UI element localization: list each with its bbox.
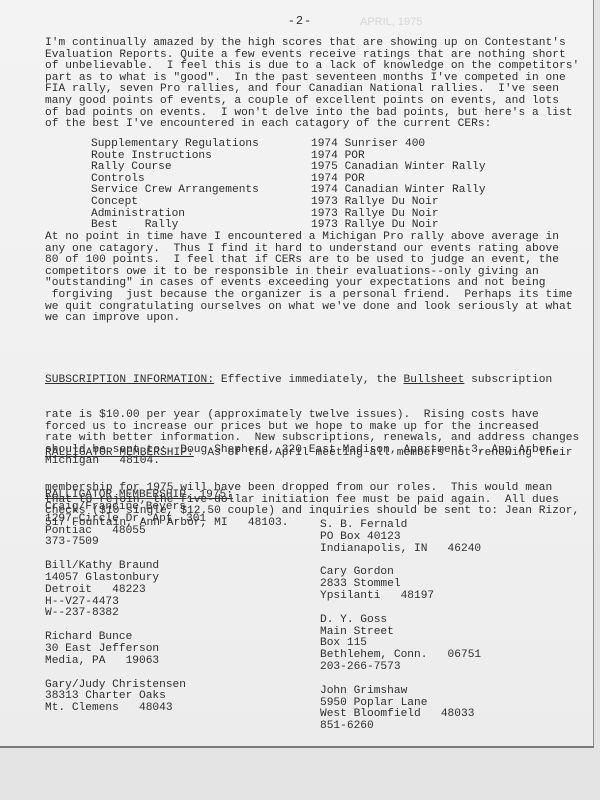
category-row: Concept1973 Rallye Du Noir (91, 197, 486, 209)
member-entry: Craig/Francine Beyers1297 Circle Dr. Apt… (45, 502, 206, 549)
text-line: of the best I've encountered in each cat… (45, 119, 579, 131)
text-line: I'm continually amazed by the high score… (45, 38, 579, 50)
member-entry: Bill/Kathy Braund14057 GlastonburyDetroi… (45, 561, 206, 620)
member-entry: Richard Bunce30 East JeffersonMedia, PA … (45, 632, 206, 667)
subscription-lead: Effective immediately, the (214, 374, 403, 386)
category-row: Supplementary Regulations1974 Sunriser 4… (91, 139, 486, 151)
text-line: At no point in time have I encountered a… (45, 232, 573, 244)
member-address-line: W--237-8382 (45, 608, 206, 620)
membership-list-left-column: Craig/Francine Beyers1297 Circle Dr. Apt… (45, 502, 206, 727)
member-address-line: 203-266-7573 (320, 662, 481, 674)
category-row: Best Rally1973 Rallye Du Noir (91, 220, 486, 232)
membership-notice-heading: RALLIGATOR MEMBERSHIP: (45, 447, 194, 459)
member-entry: John Grimshaw5950 Poplar LaneWest Bloomf… (320, 686, 481, 733)
membership-list-right-column: S. B. FernaldPO Box 40123Indianapolis, I… (320, 520, 481, 745)
category-best-event: 1973 Rallye Du Noir (311, 220, 439, 232)
member-address-line: John Grimshaw (320, 686, 481, 698)
category-name: Best Rally (91, 220, 311, 232)
member-address-line: Mt. Clemens 48043 (45, 703, 206, 715)
subscription-heading: SUBSCRIPTION INFORMATION: (45, 374, 214, 386)
member-address-line: Ypsilanti 48197 (320, 591, 481, 603)
membership-list-heading: RALLIGATOR MEMBERSHIP, 1975: (45, 489, 233, 501)
text-line: many good points of events, a couple of … (45, 96, 579, 108)
category-name: Supplementary Regulations (91, 139, 311, 151)
category-row: Rally Course1975 Canadian Winter Rally (91, 162, 486, 174)
member-address-line: 851-6260 (320, 721, 481, 733)
member-entry: Cary Gordon2833 StommelYpsilanti 48197 (320, 567, 481, 602)
page-number: -2- (0, 14, 600, 28)
category-best-event: 1973 Rallye Du Noir (311, 197, 439, 209)
member-address-line: 30 East Jefferson (45, 644, 206, 656)
document-page: APRIL, 1975 -2- I'm continually amazed b… (0, 0, 594, 748)
member-entry: D. Y. GossMain StreetBox 115Bethlehem, C… (320, 615, 481, 674)
text-line: we can improve upon. (45, 313, 573, 325)
conclusion-paragraph: At no point in time have I encountered a… (45, 232, 573, 325)
member-address-line: 1297 Circle Dr. Apt. 301 (45, 514, 206, 526)
member-address-line: Media, PA 19063 (45, 656, 206, 668)
text-line: rate is $10.00 per year (approximately t… (45, 410, 579, 422)
category-best-list: Supplementary Regulations1974 Sunriser 4… (91, 139, 486, 232)
member-address-line: D. Y. Goss (320, 615, 481, 627)
publication-name: Bullsheet (403, 374, 464, 386)
category-name: Concept (91, 197, 311, 209)
intro-paragraph: I'm continually amazed by the high score… (45, 38, 579, 131)
membership-notice-first-line: As of the April meeting all members not … (194, 447, 573, 459)
member-entry: S. B. FernaldPO Box 40123Indianapolis, I… (320, 520, 481, 555)
member-entry: Gary/Judy Christensen38313 Charter OaksM… (45, 680, 206, 715)
member-address-line: PO Box 40123 (320, 532, 481, 544)
member-address-line: Indianapolis, IN 46240 (320, 544, 481, 556)
subscription-first-line-tail: subscription (464, 374, 552, 386)
category-best-event: 1974 Sunriser 400 (311, 139, 425, 151)
member-address-line: 373-7509 (45, 537, 206, 549)
text-line: forgiving just because the organizer is … (45, 290, 573, 302)
member-address-line: Detroit 48223 (45, 585, 206, 597)
member-address-line: 14057 Glastonbury (45, 573, 206, 585)
